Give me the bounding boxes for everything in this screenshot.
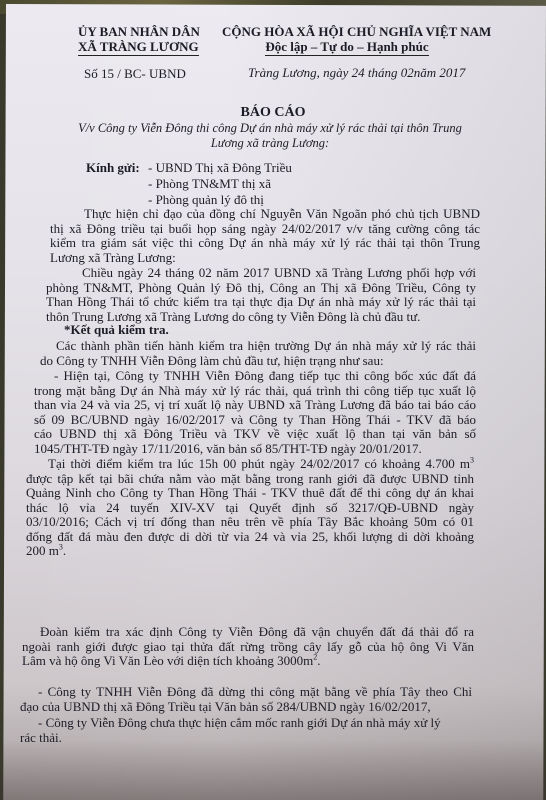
- text-line: thác lộ vỉa 24 tuyến XIV-XV tại Quyết đị…: [26, 501, 474, 516]
- text-line: được tập kết tại bãi chứa nằm vào mặt bằ…: [26, 472, 474, 487]
- text-line: Quảng Ninh cho Công ty Than Hồng Thái - …: [26, 486, 474, 501]
- text-line: đống đất đá màu đen được di dời từ vỉa 2…: [26, 530, 474, 545]
- place-and-date: Tràng Lương, ngày 24 tháng 02năm 2017: [248, 65, 465, 81]
- text-line: Lâm và hộ ông Vi Văn Lèo với diện tích k…: [22, 654, 474, 669]
- text-line: thị xã Đông triều tại buổi họp sáng ngày…: [50, 222, 480, 237]
- text-line: Than Hồng Thái tổ chức kiểm tra tại thực…: [46, 295, 476, 310]
- text-line: Tại thời điểm kiểm tra lúc 15h 00 phút n…: [26, 457, 474, 472]
- text-line: - Hiện tại, Công ty TNHH Viễn Đông đang …: [34, 369, 476, 384]
- text-line: Lương xã Tràng Lương:: [50, 251, 480, 266]
- paragraph-directive: Thực hiện chỉ đạo của đồng chí Nguyễn Vă…: [50, 207, 480, 265]
- text-line: do Công ty TNHH Viễn Đông làm chủ đầu tư…: [40, 354, 476, 369]
- recipients-label: Kính gửi:: [86, 160, 140, 176]
- text-line: - Công ty Viễn Đông chưa thực hiện cắm m…: [20, 716, 472, 731]
- text-line: Chiều ngày 24 tháng 02 năm 2017 UBND xã …: [46, 266, 476, 281]
- org-name-line2: XÃ TRÀNG LƯƠNG: [78, 39, 199, 56]
- national-motto: CỘNG HÒA XÃ HỘI CHỦ NGHĨA VIỆT NAM Độc l…: [222, 24, 472, 56]
- text-line: trong mặt bằng Dự án Nhà máy xử lý rác t…: [34, 384, 476, 399]
- text-line: ngoài ranh giới được giao tại thửa đất r…: [22, 640, 474, 655]
- org-name-line1: ỦY BAN NHÂN DÂN: [78, 24, 190, 39]
- paragraph-waste-dumping: Đoàn kiểm tra xác định Công ty Viễn Đông…: [22, 625, 474, 669]
- text-line: cáo UBND thị xã Đông Triều và TKV về việ…: [34, 427, 476, 442]
- text-line: than vỉa 24 và vỉa 25, vị trí xuất lộ nà…: [34, 398, 476, 413]
- paragraph-inspection: Chiều ngày 24 tháng 02 năm 2017 UBND xã …: [46, 266, 476, 324]
- page-shadow: [0, 740, 546, 800]
- text-line: Các thành phần tiến hành kiểm tra hiện t…: [40, 339, 476, 354]
- document-subject: V/v Công ty Viễn Đông thi công Dự án nhà…: [60, 121, 480, 151]
- document-title: BÁO CÁO: [0, 105, 546, 121]
- text-line: 1045/THT-TĐ ngày 17/11/2016, văn bản số …: [34, 442, 476, 457]
- document-number: Số 15 / BC- UBND: [84, 66, 186, 82]
- nation-name: CỘNG HÒA XÃ HỘI CHỦ NGHĨA VIỆT NAM: [222, 24, 472, 39]
- subject-line: V/v Công ty Viễn Đông thi công Dự án nhà…: [60, 121, 480, 136]
- issuing-organization: ỦY BAN NHÂN DÂN XÃ TRÀNG LƯƠNG: [78, 24, 190, 56]
- text-line: 200 m3.: [26, 544, 474, 559]
- subject-line: Lương xã tràng Lương:: [60, 136, 480, 151]
- motto: Độc lập – Tự do – Hạnh phúc: [265, 39, 428, 56]
- text-line: Thực hiện chỉ đạo của đồng chí Nguyễn Vă…: [50, 207, 480, 222]
- paragraph-coal-volume: Tại thời điểm kiểm tra lúc 15h 00 phút n…: [26, 457, 474, 559]
- text-line: Đoàn kiểm tra xác định Công ty Viễn Đông…: [22, 625, 474, 640]
- text-line: kiểm tra giám sát việc thi công Dự án nh…: [50, 236, 480, 251]
- recipient-item: - UBND Thị xã Đông Triều: [148, 160, 292, 176]
- recipient-item: - Phòng TN&MT thị xã: [148, 176, 271, 192]
- text-line: 03/10/2016; Cách vị trí đống than nêu tr…: [26, 515, 474, 530]
- paragraph-parties: Các thành phần tiến hành kiểm tra hiện t…: [40, 339, 476, 368]
- paragraph-current-status: - Hiện tại, Công ty TNHH Viễn Đông đang …: [34, 369, 476, 456]
- text-line: đạo của UBND thị xã Đông Triều tại Văn b…: [20, 700, 472, 715]
- section-heading-results: *Kết quả kiểm tra.: [64, 323, 169, 338]
- text-line: - Công ty TNHH Viễn Đông đã dừng thi côn…: [20, 685, 472, 700]
- text-line: số 09 BC/UBND ngày 16/02/2017 và Công ty…: [34, 413, 476, 428]
- text-line: phòng TN&MT, Phòng Quản lý Đô thị, Công …: [46, 281, 476, 296]
- paragraph-stopped-work: - Công ty TNHH Viễn Đông đã dừng thi côn…: [20, 685, 472, 714]
